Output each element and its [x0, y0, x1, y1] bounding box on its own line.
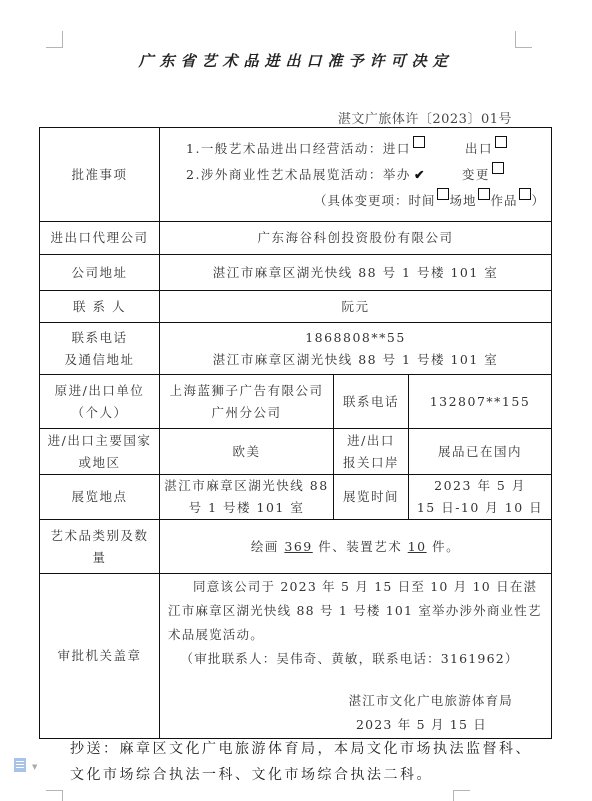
- agent-company-label: 进出口代理公司: [40, 222, 160, 255]
- venue-checkbox[interactable]: [478, 188, 490, 200]
- exhibition-time-label: 展览时间: [334, 475, 409, 520]
- exhibition-location-value: 湛江市麻章区湖光快线 88 号 1 号楼 101 室: [160, 475, 334, 520]
- row-contact-person: 联 系 人 阮元: [40, 291, 552, 323]
- permit-form-table: 批准事项 1.一般艺术品进出口经营活动：进口 出口 2.涉外商业性艺术品展览活动…: [39, 127, 552, 739]
- original-phone-value: 132807**155: [409, 375, 552, 429]
- contact-person-value: 阮元: [160, 291, 552, 323]
- main-region-value: 欧美: [160, 429, 334, 475]
- page-corner-mark: [46, 31, 63, 48]
- agent-company-value: 广东海谷科创投资股份有限公司: [160, 222, 552, 255]
- document-icon[interactable]: [14, 758, 26, 772]
- change-checkbox[interactable]: [492, 162, 504, 174]
- page-corner-mark: [46, 790, 63, 801]
- artwork-value: 绘画 369 件、装置艺术 10 件。: [160, 520, 552, 574]
- contact-phone-value: 1868808**55: [164, 327, 547, 349]
- approval-authority: 湛江市文化广电旅游体育局: [168, 689, 545, 713]
- exhibition-time-end: 15 日-10 月 10 日: [413, 497, 547, 519]
- contact-person-label: 联 系 人: [40, 291, 160, 323]
- approval-seal-label: 审批机关盖章: [40, 574, 160, 739]
- installation-count: 10: [408, 539, 427, 554]
- page-corner-mark: [515, 31, 532, 48]
- painting-count: 369: [284, 539, 312, 554]
- row-contact-phone-address: 联系电话 及通信地址 1868808**55 湛江市麻章区湖光快线 88 号 1…: [40, 323, 552, 375]
- row-original-unit: 原进/出口单位 （个人） 上海蓝狮子广告有限公司广州分公司 联系电话 13280…: [40, 375, 552, 429]
- approval-date: 2023 年 5 月 15 日: [168, 713, 545, 737]
- original-phone-label: 联系电话: [334, 375, 409, 429]
- customs-port-value: 展品已在国内: [409, 429, 552, 475]
- main-region-label: 进/出口主要国家或地区: [40, 429, 160, 475]
- time-checkbox[interactable]: [437, 188, 449, 200]
- row-approval: 审批机关盖章 同意该公司于 2023 年 5 月 15 日至 10 月 10 日…: [40, 574, 552, 739]
- contact-address-value: 湛江市麻章区湖光快线 88 号 1 号楼 101 室: [164, 349, 547, 371]
- exhibition-time-start: 2023 年 5 月: [413, 475, 547, 497]
- line-exhibition: 2.涉外商业性艺术品展览活动：举办 ✔ 变更: [166, 162, 545, 188]
- export-checkbox[interactable]: [495, 136, 507, 148]
- company-address-label: 公司地址: [40, 255, 160, 291]
- import-checkbox[interactable]: [413, 136, 425, 148]
- exhibition-location-label: 展览地点: [40, 475, 160, 520]
- approval-items-label: 批准事项: [40, 128, 160, 222]
- works-checkbox[interactable]: [519, 188, 531, 200]
- line-general-trade: 1.一般艺术品进出口经营活动：进口 出口: [166, 136, 545, 162]
- document-title: 广东省艺术品进出口准予许可决定: [0, 50, 592, 71]
- original-unit-value: 上海蓝狮子广告有限公司广州分公司: [160, 375, 334, 429]
- row-company-address: 公司地址 湛江市麻章区湖光快线 88 号 1 号楼 101 室: [40, 255, 552, 291]
- customs-port-label: 进/出口: [338, 430, 404, 452]
- approval-body: 同意该公司于 2023 年 5 月 15 日至 10 月 10 日在湛江市麻章区…: [168, 575, 545, 647]
- line-change-details: （具体变更项：时间 场地 作品 ）: [166, 188, 545, 214]
- page-corner-mark: [453, 790, 470, 801]
- check-icon[interactable]: ✔: [414, 162, 426, 188]
- cc-recipients: 抄送：麻章区文化广电旅游体育局，本局文化市场执法监督科、文化市场综合执法一科、文…: [70, 736, 540, 788]
- contact-phone-label: 联系电话: [44, 327, 155, 349]
- approval-contacts: （审批联系人：吴伟奇、黄敏，联系电话：3161962）: [168, 647, 545, 671]
- row-artwork: 艺术品类别及数量 绘画 369 件、装置艺术 10 件。: [40, 520, 552, 574]
- document-number: 湛文广旅体许〔2023〕01号: [338, 108, 512, 127]
- dropdown-caret-icon[interactable]: ▼: [32, 763, 37, 771]
- artwork-label: 艺术品类别及数量: [40, 520, 160, 574]
- row-agent-company: 进出口代理公司 广东海谷科创投资股份有限公司: [40, 222, 552, 255]
- original-unit-label: 原进/出口单位: [44, 380, 155, 402]
- company-address-value: 湛江市麻章区湖光快线 88 号 1 号楼 101 室: [160, 255, 552, 291]
- row-exhibition: 展览地点 湛江市麻章区湖光快线 88 号 1 号楼 101 室 展览时间 202…: [40, 475, 552, 520]
- contact-address-label: 及通信地址: [44, 349, 155, 371]
- original-unit-sublabel: （个人）: [44, 402, 155, 424]
- row-main-region: 进/出口主要国家或地区 欧美 进/出口 报关口岸 展品已在国内: [40, 429, 552, 475]
- row-approval-items: 批准事项 1.一般艺术品进出口经营活动：进口 出口 2.涉外商业性艺术品展览活动…: [40, 128, 552, 222]
